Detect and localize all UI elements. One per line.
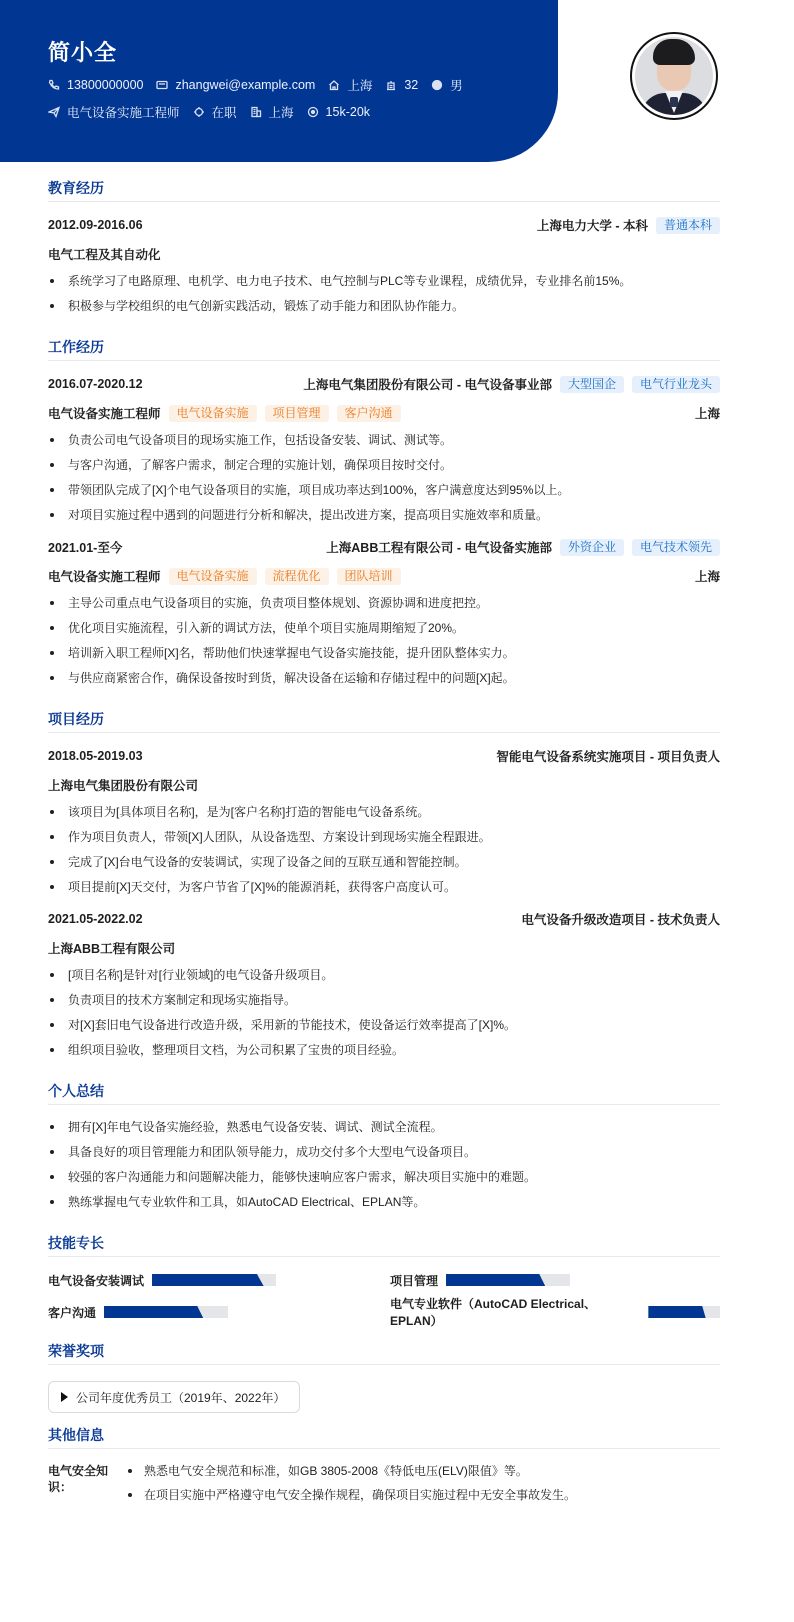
section-title: 其他信息 xyxy=(48,1425,720,1449)
list-item: 积极参与学校组织的电气创新实践活动，锻炼了动手能力和团队协作能力。 xyxy=(48,298,720,323)
projects-section: 项目经历 2018.05-2019.03 智能电气设备系统实施项目 - 项目负责… xyxy=(48,709,720,1067)
role-tag: 电气设备实施 xyxy=(169,405,257,422)
job-role: 电气设备实施工程师 xyxy=(48,567,161,585)
education-date: 2012.09-2016.06 xyxy=(48,218,143,232)
skill-name: 电气设备安装调试 xyxy=(48,1272,144,1289)
age-icon xyxy=(385,79,397,91)
section-title: 工作经历 xyxy=(48,337,720,361)
other-section: 其他信息 电气安全知识： 熟悉电气安全规范和标准，如GB 3805-2008《特… xyxy=(48,1425,720,1511)
list-item: 系统学习了电路原理、电机学、电力电子技术、电气控制与PLC等专业课程，成绩优异，… xyxy=(48,273,720,298)
list-item: 完成了[X]台电气设备的安装调试，实现了设备之间的互联互通和智能控制。 xyxy=(48,854,720,879)
role-tag: 客户沟通 xyxy=(337,405,401,422)
salary-info: 15k-20k xyxy=(307,105,370,119)
work-city-info: 上海 xyxy=(250,103,294,121)
status-info: 在职 xyxy=(193,103,237,121)
skill-bar xyxy=(648,1306,720,1318)
list-item: 负责项目的技术方案制定和现场实施指导。 xyxy=(48,992,720,1017)
project-date: 2018.05-2019.03 xyxy=(48,749,143,763)
skill-bar xyxy=(446,1274,570,1286)
list-item: 主导公司重点电气设备项目的实施，负责项目整体规划、资源协调和进度把控。 xyxy=(48,595,720,620)
list-item: 组织项目验收，整理项目文档，为公司积累了宝贵的项目经验。 xyxy=(48,1042,720,1067)
list-item: 与客户沟通，了解客户需求，制定合理的实施计划，确保项目按时交付。 xyxy=(48,457,720,482)
list-item: 在项目实施中严格遵守电气安全操作规程，确保项目实施过程中无安全事故发生。 xyxy=(124,1487,576,1511)
education-entry-header: 2012.09-2016.06 上海电力大学 - 本科 普通本科 xyxy=(48,216,720,234)
avatar-photo xyxy=(635,37,713,115)
work-date: 2021.01-至今 xyxy=(48,538,122,556)
salary-icon xyxy=(307,106,319,118)
triangle-right-icon xyxy=(61,1392,68,1402)
role-tag: 流程优化 xyxy=(265,568,329,585)
awards-section: 荣誉奖项 公司年度优秀员工（2019年、2022年） xyxy=(48,1341,720,1413)
work-entry: 2021.01-至今 上海ABB工程有限公司 - 电气设备实施部 外资企业 电气… xyxy=(48,538,720,695)
list-item: 对项目实施过程中遇到的问题进行分析和解决，提出改进方案，提高项目实施效率和质量。 xyxy=(48,507,720,532)
list-item: 作为项目负责人，带领[X]人团队，从设备选型、方案设计到现场实施全程跟进。 xyxy=(48,829,720,854)
position-info: 电气设备实施工程师 xyxy=(48,103,180,121)
email-info: zhangwei@example.com xyxy=(156,78,315,92)
city-info: 上海 xyxy=(328,76,372,94)
company-tag: 大型国企 xyxy=(560,376,624,393)
award-item[interactable]: 公司年度优秀员工（2019年、2022年） xyxy=(48,1381,300,1413)
school-name: 上海电力大学 - 本科 xyxy=(537,216,648,234)
list-item: 熟练掌握电气专业软件和工具，如AutoCAD Electrical、EPLAN等… xyxy=(48,1194,720,1219)
section-title: 技能专长 xyxy=(48,1233,720,1257)
education-section: 教育经历 2012.09-2016.06 上海电力大学 - 本科 普通本科 电气… xyxy=(48,178,720,323)
list-item: 对[X]套旧电气设备进行改造升级，采用新的节能技术，使设备运行效率提高了[X]%… xyxy=(48,1017,720,1042)
skills-section: 技能专长 电气设备安装调试 项目管理 客户沟通 电气专业软件（AutoCAD E… xyxy=(48,1233,720,1321)
award-label: 公司年度优秀员工（2019年、2022年） xyxy=(76,1389,285,1406)
header: 简小全 13800000000 zhangwei@example.com 上海 … xyxy=(48,36,476,120)
list-item: 项目提前[X]天交付，为客户节省了[X]%的能源消耗，获得客户高度认可。 xyxy=(48,879,720,904)
avatar xyxy=(630,32,718,120)
project-company: 上海ABB工程有限公司 xyxy=(48,939,175,957)
project-name: 电气设备升级改造项目 - 技术负责人 xyxy=(521,910,720,928)
list-item: 熟悉电气安全规范和标准，如GB 3805-2008《特低电压(ELV)限值》等。 xyxy=(124,1463,576,1487)
contact-row: 13800000000 zhangwei@example.com 上海 32 男 xyxy=(48,77,476,93)
job-location: 上海 xyxy=(695,404,720,422)
role-tag: 电气设备实施 xyxy=(169,568,257,585)
skill-item: 项目管理 xyxy=(390,1271,720,1289)
status-icon xyxy=(193,106,205,118)
skill-name: 客户沟通 xyxy=(48,1304,96,1321)
list-item: 培训新入职工程师[X]名，帮助他们快速掌握电气设备实施技能，提升团队整体实力。 xyxy=(48,645,720,670)
role-tag: 项目管理 xyxy=(265,405,329,422)
education-bullets: 系统学习了电路原理、电机学、电力电子技术、电气控制与PLC等专业课程，成绩优异，… xyxy=(48,273,720,323)
project-entry: 2021.05-2022.02 电气设备升级改造项目 - 技术负责人 上海ABB… xyxy=(48,910,720,1067)
phone-icon xyxy=(48,79,60,91)
work-entry: 2016.07-2020.12 上海电气集团股份有限公司 - 电气设备事业部 大… xyxy=(48,375,720,532)
section-title: 项目经历 xyxy=(48,709,720,733)
company-tag: 电气技术领先 xyxy=(632,539,720,556)
list-item: 具备良好的项目管理能力和团队领导能力，成功交付多个大型电气设备项目。 xyxy=(48,1144,720,1169)
resume-body: 教育经历 2012.09-2016.06 上海电力大学 - 本科 普通本科 电气… xyxy=(48,178,720,1511)
age-info: 32 xyxy=(385,78,418,92)
project-company: 上海电气集团股份有限公司 xyxy=(48,776,198,794)
role-tag: 团队培训 xyxy=(337,568,401,585)
list-item: [项目名称]是针对[行业领域]的电气设备升级项目。 xyxy=(48,967,720,992)
other-label: 电气安全知识： xyxy=(48,1463,124,1487)
major: 电气工程及其自动化 xyxy=(48,245,161,263)
list-item: 负责公司电气设备项目的现场实施工作，包括设备安装、调试、测试等。 xyxy=(48,432,720,457)
candidate-name: 简小全 xyxy=(48,36,476,66)
list-item: 较强的客户沟通能力和问题解决能力，能够快速响应客户需求，解决项目实施中的难题。 xyxy=(48,1169,720,1194)
list-item: 带领团队完成了[X]个电气设备项目的实施，项目成功率达到100%，客户满意度达到… xyxy=(48,482,720,507)
company-tag: 电气行业龙头 xyxy=(632,376,720,393)
gender-info: 男 xyxy=(431,76,463,94)
skill-name: 电气专业软件（AutoCAD Electrical、EPLAN） xyxy=(390,1295,640,1329)
home-icon xyxy=(328,79,340,91)
skill-item: 电气设备安装调试 xyxy=(48,1271,390,1289)
building-icon xyxy=(250,106,262,118)
project-date: 2021.05-2022.02 xyxy=(48,912,143,926)
project-entry: 2018.05-2019.03 智能电气设备系统实施项目 - 项目负责人 上海电… xyxy=(48,747,720,904)
job-row: 电气设备实施工程师 在职 上海 15k-20k xyxy=(48,104,476,120)
list-item: 优化项目实施流程，引入新的调试方法，使单个项目实施周期缩短了20%。 xyxy=(48,620,720,645)
section-title: 荣誉奖项 xyxy=(48,1341,720,1365)
project-name: 智能电气设备系统实施项目 - 项目负责人 xyxy=(496,747,720,765)
skill-item: 客户沟通 xyxy=(48,1303,390,1321)
mail-icon xyxy=(156,79,168,91)
skill-bar xyxy=(104,1306,228,1318)
list-item: 拥有[X]年电气设备实施经验，熟悉电气设备安装、调试、测试全流程。 xyxy=(48,1119,720,1144)
job-location: 上海 xyxy=(695,567,720,585)
list-item: 该项目为[具体项目名称]，是为[客户名称]打造的智能电气设备系统。 xyxy=(48,804,720,829)
company-name: 上海ABB工程有限公司 - 电气设备实施部 xyxy=(326,538,552,556)
skill-item: 电气专业软件（AutoCAD Electrical、EPLAN） xyxy=(390,1303,720,1321)
section-title: 个人总结 xyxy=(48,1081,720,1105)
school-tag: 普通本科 xyxy=(656,217,720,234)
gender-icon xyxy=(431,79,443,91)
section-title: 教育经历 xyxy=(48,178,720,202)
company-tag: 外资企业 xyxy=(560,539,624,556)
work-section: 工作经历 2016.07-2020.12 上海电气集团股份有限公司 - 电气设备… xyxy=(48,337,720,695)
work-date: 2016.07-2020.12 xyxy=(48,377,143,391)
list-item: 与供应商紧密合作，确保设备按时到货，解决设备在运输和存储过程中的问题[X]起。 xyxy=(48,670,720,695)
send-icon xyxy=(48,106,60,118)
job-role: 电气设备实施工程师 xyxy=(48,404,161,422)
company-name: 上海电气集团股份有限公司 - 电气设备事业部 xyxy=(303,375,552,393)
phone-info: 13800000000 xyxy=(48,78,143,92)
skill-bar xyxy=(152,1274,276,1286)
skill-name: 项目管理 xyxy=(390,1272,438,1289)
summary-section: 个人总结 拥有[X]年电气设备实施经验，熟悉电气设备安装、调试、测试全流程。 具… xyxy=(48,1081,720,1219)
